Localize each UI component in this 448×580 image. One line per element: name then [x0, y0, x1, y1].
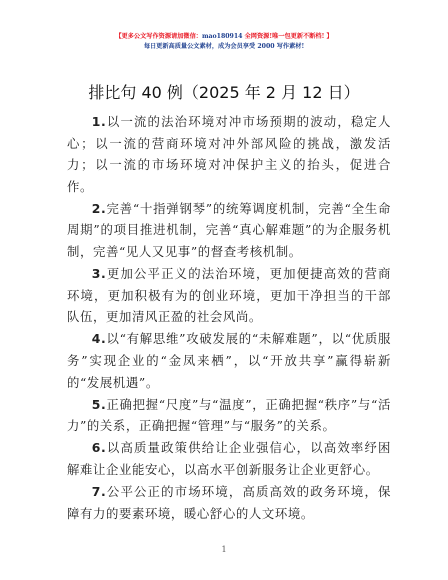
paragraph-number: 4. — [92, 331, 107, 346]
promo-wechat-id: mao180914 — [202, 33, 243, 40]
promo-text-left: 【更多公文写作资源请加微信： — [115, 33, 202, 40]
document-body: 1.以一流的法治环境对冲市场预期的波动，稳定人心；以一流的营商环境对冲外部风险的… — [67, 111, 391, 524]
paragraph-3: 3.更加公平正义的法治环境，更加便捷高效的营商环境，更加积极有为的创业环境，更加… — [67, 263, 391, 328]
document-title: 排比句 40 例（2025 年 2 月 12 日） — [0, 82, 448, 104]
paragraph-number: 1. — [92, 114, 107, 129]
paragraph-number: 2. — [92, 201, 107, 216]
paragraph-number: 7. — [92, 484, 107, 499]
promo-text-right: 全网资源!唯一包更新不断档! 】 — [242, 33, 332, 40]
paragraph-text: 以高质量政策供给让企业强信心，以高效率纾困解难让企业能安心，以高水平创新服务让企… — [67, 440, 391, 477]
paragraph-2: 2.完善“十指弹钢琴”的统筹调度机制，完善“全生命周期”的项目推进机制，完善“真… — [67, 198, 391, 263]
paragraph-text: 以“有解思维”攻破发展的“未解难题”，以“优质服务”实现企业的“金凤来栖”，以“… — [67, 331, 391, 389]
paragraph-number: 5. — [92, 397, 107, 412]
paragraph-6: 6.以高质量政策供给让企业强信心，以高效率纾困解难让企业能安心，以高水平创新服务… — [67, 437, 391, 480]
paragraph-text: 以一流的法治环境对冲市场预期的波动，稳定人心；以一流的营商环境对冲外部风险的挑战… — [67, 114, 391, 194]
page-number: 1 — [0, 545, 448, 554]
paragraph-text: 正确把握“尺度”与“温度”，正确把握“秩序”与“活力”的关系，正确把握“管理”与… — [67, 397, 391, 434]
paragraph-4: 4.以“有解思维”攻破发展的“未解难题”，以“优质服务”实现企业的“金凤来栖”，… — [67, 328, 391, 393]
document-page: 【更多公文写作资源请加微信：mao180914 全网资源!唯一包更新不断档! 】… — [0, 0, 448, 580]
paragraph-5: 5.正确把握“尺度”与“温度”，正确把握“秩序”与“活力”的关系，正确把握“管理… — [67, 394, 391, 437]
paragraph-7: 7.公平公正的市场环境，高质高效的政务环境，保障有力的要素环境，暖心舒心的人文环… — [67, 481, 391, 524]
paragraph-number: 3. — [92, 266, 107, 281]
paragraph-text: 完善“十指弹钢琴”的统筹调度机制，完善“全生命周期”的项目推进机制，完善“真心解… — [67, 201, 391, 259]
paragraph-number: 6. — [92, 440, 107, 455]
paragraph-1: 1.以一流的法治环境对冲市场预期的波动，稳定人心；以一流的营商环境对冲外部风险的… — [67, 111, 391, 197]
paragraph-text: 公平公正的市场环境，高质高效的政务环境，保障有力的要素环境，暖心舒心的人文环境。 — [67, 484, 391, 521]
promo-banner-line-1: 【更多公文写作资源请加微信：mao180914 全网资源!唯一包更新不断档! 】 — [0, 33, 448, 41]
paragraph-text: 更加公平正义的法治环境，更加便捷高效的营商环境，更加积极有为的创业环境，更加干净… — [67, 266, 391, 324]
promo-banner-line-2: 每日更新高质量公文素材，成为会员享受 2000 写作素材! — [0, 43, 448, 51]
